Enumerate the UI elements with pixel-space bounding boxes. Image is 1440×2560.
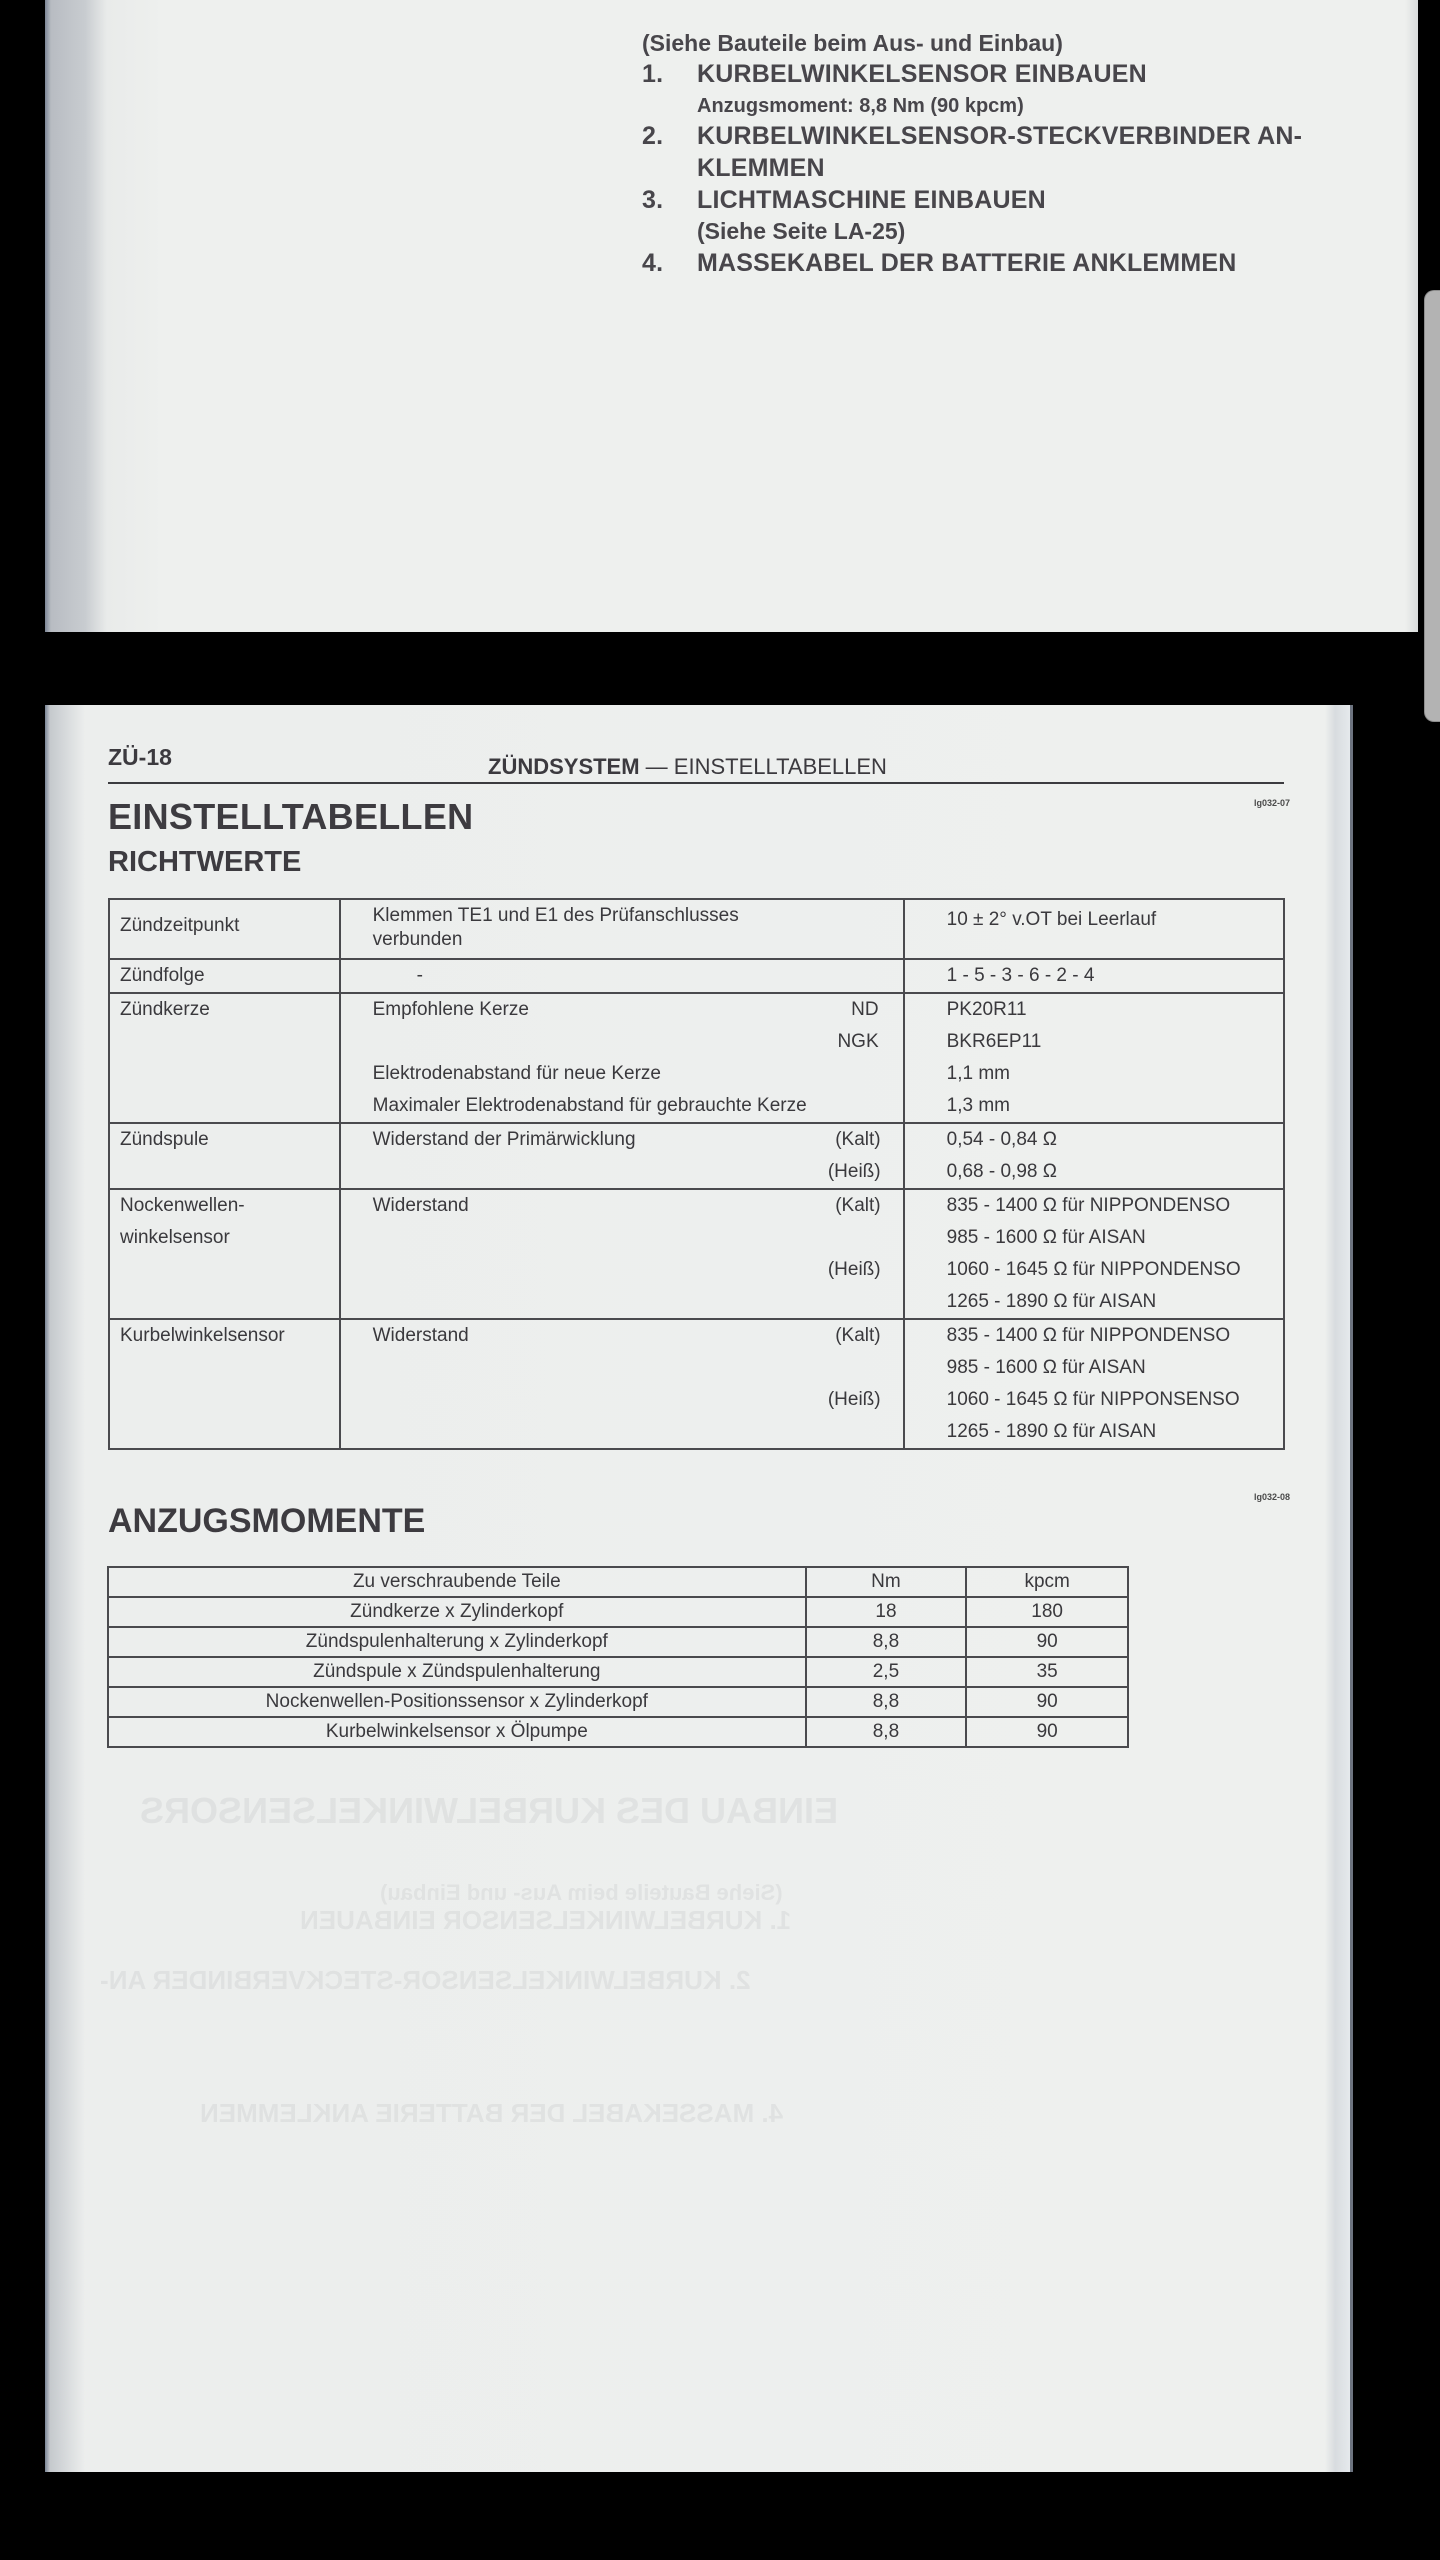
header-rule [108, 782, 1284, 784]
spec-condition: Elektrodenabstand für neue Kerze [341, 1058, 903, 1090]
spec-value: 1,3 mm [905, 1090, 1283, 1122]
torque-nm: 18 [806, 1597, 967, 1627]
part-name: Zündspule x Zündspulenhalterung [108, 1657, 806, 1687]
spec-condition: Widerstand der Primärwicklung [373, 1129, 636, 1150]
step-title: MASSEKABEL DER BATTERIE ANKLEMMEN [697, 249, 1237, 278]
spec-item-line: winkelsensor [120, 1222, 339, 1254]
step-subtext: (Siehe Seite LA-25) [697, 218, 905, 245]
step-title-continued: KLEMMEN [697, 154, 825, 183]
part-name: Zündspulenhalterung x Zylinderkopf [108, 1627, 806, 1657]
spec-item: Kurbelwinkelsensor [109, 1319, 340, 1449]
spec-value: 835 - 1400 Ω für NIPPONDENSO [905, 1190, 1283, 1222]
torque-kpcm: 90 [966, 1627, 1128, 1657]
torque-kpcm: 35 [966, 1657, 1128, 1687]
torque-nm: 8,8 [806, 1627, 967, 1657]
bleed-through-text: 1. KURBELWINKELSENSOR EINBAUEN [300, 1905, 791, 1936]
table-row: Zündspule x Zündspulenhalterung 2,5 35 [108, 1657, 1128, 1687]
column-header-parts: Zu verschraubende Teile [108, 1567, 806, 1597]
figure-tag: lg032-07 [1254, 798, 1290, 808]
temperature-label: (Heiß) [828, 1254, 881, 1286]
spec-value: 835 - 1400 Ω für NIPPONDENSO [905, 1320, 1283, 1352]
step-title: KURBELWINKELSENSOR EINBAUEN [697, 60, 1147, 89]
brand-label: ND [851, 994, 878, 1026]
table-header-row: Zu verschraubende Teile Nm kpcm [108, 1567, 1128, 1597]
part-name: Kurbelwinkelsensor x Ölpumpe [108, 1717, 806, 1747]
part-name: Nockenwellen-Positionssensor x Zylinderk… [108, 1687, 806, 1717]
spec-item: Zündspule [109, 1123, 340, 1189]
table-row: Zündspule Widerstand der Primärwicklung(… [109, 1123, 1284, 1189]
temperature-label: (Kalt) [835, 1124, 880, 1156]
column-header-nm: Nm [806, 1567, 967, 1597]
spec-value: 1060 - 1645 Ω für NIPPONDENSO [905, 1254, 1283, 1286]
table-row: Nockenwellen-Positionssensor x Zylinderk… [108, 1687, 1128, 1717]
spec-condition: Empfohlene Kerze [373, 999, 529, 1020]
temperature-label: (Kalt) [835, 1190, 880, 1222]
table-row: Zündfolge - 1 - 5 - 3 - 6 - 2 - 4 [109, 959, 1284, 993]
spec-value: 1 - 5 - 3 - 6 - 2 - 4 [905, 960, 1283, 992]
table-row: Kurbelwinkelsensor Widerstand(Kalt) (Hei… [109, 1319, 1284, 1449]
part-name: Zündkerze x Zylinderkopf [108, 1597, 806, 1627]
table-row: Zündkerze Empfohlene KerzeND NGK Elektro… [109, 993, 1284, 1123]
torque-kpcm: 90 [966, 1717, 1128, 1747]
spec-item-line: Nockenwellen- [120, 1190, 339, 1222]
table-row: Zündspulenhalterung x Zylinderkopf 8,8 9… [108, 1627, 1128, 1657]
spec-value: 0,68 - 0,98 Ω [905, 1156, 1283, 1188]
spec-condition: Maximaler Elektrodenabstand für gebrauch… [341, 1090, 903, 1122]
spec-condition: - [341, 960, 903, 992]
figure-tag: lg032-08 [1254, 1492, 1290, 1502]
spec-value: 1060 - 1645 Ω für NIPPONSENSO [905, 1384, 1283, 1416]
torque-nm: 8,8 [806, 1717, 967, 1747]
brand-label: NGK [837, 1026, 878, 1058]
spec-item: Zündfolge [109, 959, 340, 993]
spec-value: 985 - 1600 Ω für AISAN [905, 1222, 1283, 1254]
spec-condition: Widerstand [373, 1195, 469, 1216]
spec-item: Nockenwellen- winkelsensor [109, 1189, 340, 1319]
temperature-label: (Kalt) [835, 1320, 880, 1352]
spec-value: 1265 - 1890 Ω für AISAN [905, 1286, 1283, 1318]
running-header: ZÜNDSYSTEM — EINSTELLTABELLEN [488, 754, 887, 780]
temperature-label: (Heiß) [828, 1156, 881, 1188]
step-number: 1. [642, 60, 663, 89]
step-title: KURBELWINKELSENSOR-STECKVERBINDER AN- [697, 122, 1302, 151]
spec-item: Zündkerze [109, 993, 340, 1123]
table-row: Kurbelwinkelsensor x Ölpumpe 8,8 90 [108, 1717, 1128, 1747]
table-row: Zündzeitpunkt Klemmen TE1 und E1 des Prü… [109, 899, 1284, 959]
step-title: LICHTMASCHINE EINBAUEN [697, 186, 1046, 215]
spec-value: 1265 - 1890 Ω für AISAN [905, 1416, 1283, 1448]
spec-value: 1,1 mm [905, 1058, 1283, 1090]
step-subtext: Anzugsmoment: 8,8 Nm (90 kpcm) [697, 95, 1024, 118]
torque-kpcm: 90 [966, 1687, 1128, 1717]
step-number: 3. [642, 186, 663, 215]
step-number: 2. [642, 122, 663, 151]
section-heading-richtwerte: RICHTWERTE [108, 846, 301, 879]
scrollbar-thumb[interactable] [1424, 290, 1440, 722]
spec-item: Zündzeitpunkt [109, 899, 340, 959]
spec-value: 10 ± 2° v.OT bei Leerlauf [905, 904, 1283, 936]
page-title: EINSTELLTABELLEN [108, 796, 473, 838]
torque-table: Zu verschraubende Teile Nm kpcm Zündkerz… [107, 1566, 1129, 1748]
table-row: Nockenwellen- winkelsensor Widerstand(Ka… [109, 1189, 1284, 1319]
spec-value: PK20R11 [905, 994, 1283, 1026]
spec-value: 985 - 1600 Ω für AISAN [905, 1352, 1283, 1384]
spec-condition: Klemmen TE1 und E1 des Prüfanschlusses v… [341, 900, 903, 958]
spec-condition: Widerstand [373, 1325, 469, 1346]
spec-value: 0,54 - 0,84 Ω [905, 1124, 1283, 1156]
page-number: ZÜ-18 [108, 744, 172, 771]
spec-value: BKR6EP11 [905, 1026, 1283, 1058]
table-row: Zündkerze x Zylinderkopf 18 180 [108, 1597, 1128, 1627]
reference-note: (Siehe Bauteile beim Aus- und Einbau) [642, 30, 1063, 57]
running-header-section: — EINSTELLTABELLEN [640, 754, 887, 779]
page-edge [1350, 705, 1353, 2472]
step-number: 4. [642, 249, 663, 278]
torque-nm: 2,5 [806, 1657, 967, 1687]
torque-nm: 8,8 [806, 1687, 967, 1717]
running-header-chapter: ZÜNDSYSTEM [488, 754, 640, 779]
section-heading-anzugsmomente: ANZUGSMOMENTE [108, 1502, 425, 1541]
temperature-label: (Heiß) [828, 1384, 881, 1416]
bleed-through-text: 2. KURBELWINKELSENSOR-STECKVERBINDER AN- [100, 1965, 751, 1996]
bleed-through-text: 4. MASSEKABEL DER BATTERIE ANKLEMMEN [200, 2098, 783, 2129]
bleed-through-text: EINBAU DES KURBELWINKELSENSORS [140, 1790, 838, 1832]
specifications-table: Zündzeitpunkt Klemmen TE1 und E1 des Prü… [108, 898, 1285, 1450]
torque-kpcm: 180 [966, 1597, 1128, 1627]
column-header-kpcm: kpcm [966, 1567, 1128, 1597]
bleed-through-text: (Siehe Bauteile beim Aus- und Einbau) [380, 1880, 783, 1906]
